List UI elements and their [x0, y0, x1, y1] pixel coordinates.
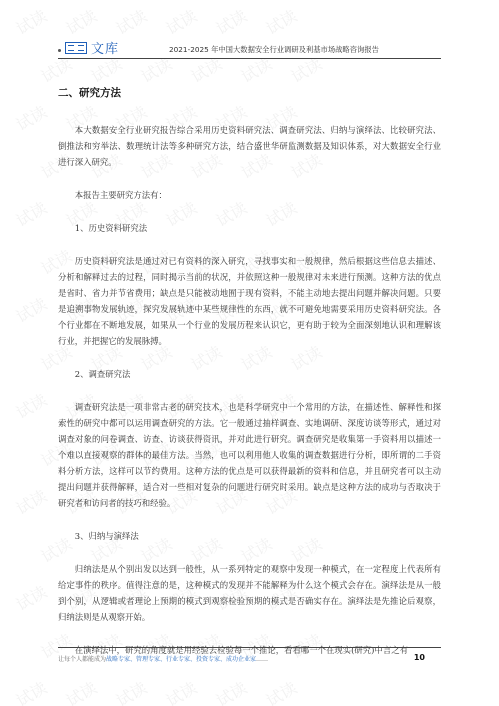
page-number: 10: [414, 653, 425, 662]
watermark-text: 试读: [211, 4, 250, 40]
watermark-text: 试读: [11, 196, 50, 232]
method-heading-2: 2、调查研究法: [58, 366, 441, 382]
watermark-text: 试读: [11, 484, 50, 520]
section-title: 二、研究方法: [58, 85, 441, 100]
watermark-text: 试读: [261, 4, 300, 40]
watermark-text: 试读: [211, 676, 250, 706]
watermark-text: 试读: [11, 100, 50, 136]
footer-slogan: 让每个人都能成为战略专家、管理专家、行业专家、投资专家、成功企业家……: [58, 654, 268, 663]
watermark-text: 试读: [161, 4, 200, 40]
page-footer: 让每个人都能成为战略专家、管理专家、行业专家、投资专家、成功企业家…… 10: [58, 647, 441, 648]
page-content: 二、研究方法 本大数据安全行业研究报告综合采用历史资料研究法、调查研究法、归纳与…: [58, 80, 441, 658]
watermark-text: 试读: [11, 676, 50, 706]
footer-prefix: 让每个人都能成为: [58, 656, 106, 663]
watermark-text: 试读: [11, 388, 50, 424]
watermark-text: 试读: [161, 676, 200, 706]
method-body-3: 归纳法是从个别出发以达到一般性，从一系列特定的观察中发现一种模式，在一定程度上代…: [58, 561, 441, 625]
watermark-text: 试读: [61, 4, 100, 40]
method-heading-3: 3、归纳与演绎法: [58, 528, 441, 544]
watermark-text: 试读: [11, 4, 50, 40]
page-header: 文库 2021-2025 年中国大数据安全行业调研及利基市场战略咨询报告: [58, 36, 441, 59]
watermark-text: 试读: [61, 676, 100, 706]
report-title: 2021-2025 年中国大数据安全行业调研及利基市场战略咨询报告: [169, 45, 379, 55]
lead-paragraph: 本报告主要研究方法有：: [58, 187, 441, 203]
method-body-2: 调查研究法是一项非常古老的研究技术，也是科学研究中一个常用的方法，在描述性、解释…: [58, 399, 441, 511]
intro-paragraph: 本大数据安全行业研究报告综合采用历史资料研究法、调查研究法、归纳与演绎法、比较研…: [58, 122, 441, 170]
watermark-text: 试读: [11, 580, 50, 616]
footer-suffix: ……: [256, 656, 268, 663]
method-body-1: 历史资料研究法是通过对已有资料的深入研究，寻找事实和一般规律，然后根据这些信息去…: [58, 253, 441, 349]
logo-text: 文库: [91, 38, 119, 57]
logo-mark-icon: [65, 42, 87, 54]
watermark-text: 试读: [111, 4, 150, 40]
watermark-text: 试读: [11, 292, 50, 328]
watermark-text: 试读: [111, 676, 150, 706]
footer-highlight: 战略专家、管理专家、行业专家、投资专家、成功企业家: [106, 656, 256, 663]
method-heading-1: 1、历史资料研究法: [58, 220, 441, 236]
wenku-logo: 文库: [58, 38, 119, 57]
logo-dot-icon: [58, 49, 61, 52]
watermark-text: 试读: [261, 676, 300, 706]
